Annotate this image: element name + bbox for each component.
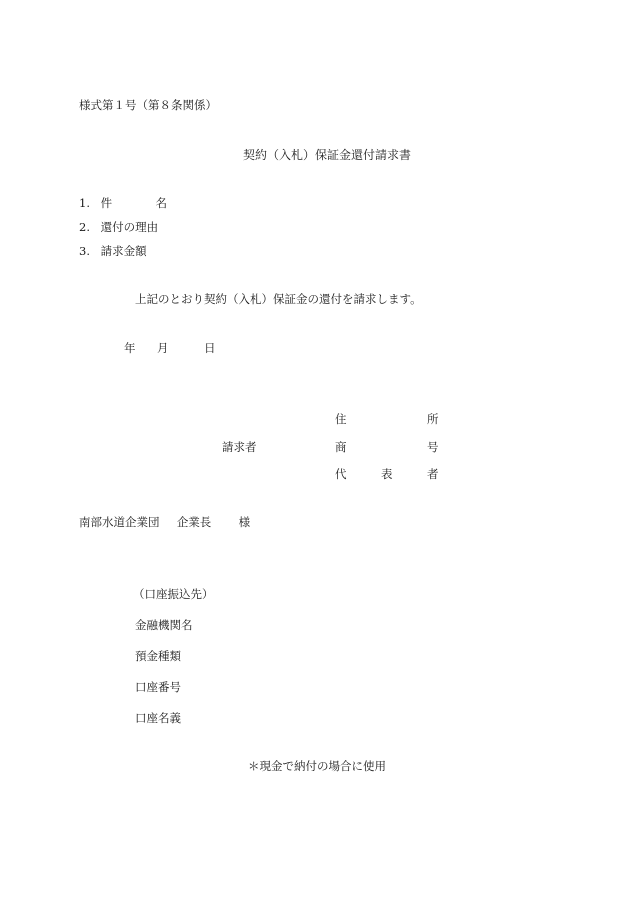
item-number: 3.: [79, 244, 97, 258]
bank-field-deposit-type: 預金種類: [135, 649, 181, 663]
bank-field-account-holder: 口座名義: [135, 711, 181, 725]
item-reason: 2. 還付の理由: [79, 220, 158, 234]
trade-name-label-a: 商: [335, 440, 347, 454]
document-title: 契約（入札）保証金還付請求書: [243, 148, 411, 162]
request-statement: 上記のとおり契約（入札）保証金の還付を請求します。: [135, 292, 422, 306]
representative-label-b: 表: [381, 467, 393, 481]
bank-field-account-number: 口座番号: [135, 680, 181, 694]
representative-label-c: 者: [427, 467, 439, 481]
item-number: 2.: [79, 220, 97, 234]
form-number: 様式第１号（第８条関係）: [79, 98, 217, 112]
bank-heading: （口座振込先）: [133, 587, 214, 601]
item-subject: 1. 件 名: [79, 196, 167, 210]
bank-field-institution: 金融機関名: [135, 618, 193, 632]
date-year: 年: [124, 341, 136, 355]
address-label-b: 所: [427, 412, 439, 426]
representative-label-a: 代: [335, 467, 347, 481]
date-day: 日: [204, 341, 216, 355]
addressee-honorific: 様: [239, 515, 251, 529]
address-label-a: 住: [335, 412, 347, 426]
item-label-a: 件: [101, 196, 113, 210]
item-number: 1.: [79, 196, 97, 210]
trade-name-label-b: 号: [427, 440, 439, 454]
addressee: 南部水道企業団 企業長 様: [79, 515, 250, 529]
item-label: 請求金額: [101, 244, 147, 258]
item-label: 還付の理由: [101, 220, 159, 234]
date-month: 月: [157, 341, 169, 355]
addressee-org: 南部水道企業団: [79, 515, 160, 529]
item-label-b: 名: [155, 196, 167, 210]
cash-payment-note: ＊現金で納付の場合に使用: [248, 759, 386, 773]
requester-label: 請求者: [222, 440, 257, 454]
item-amount: 3. 請求金額: [79, 244, 147, 258]
addressee-title: 企業長: [177, 515, 212, 529]
